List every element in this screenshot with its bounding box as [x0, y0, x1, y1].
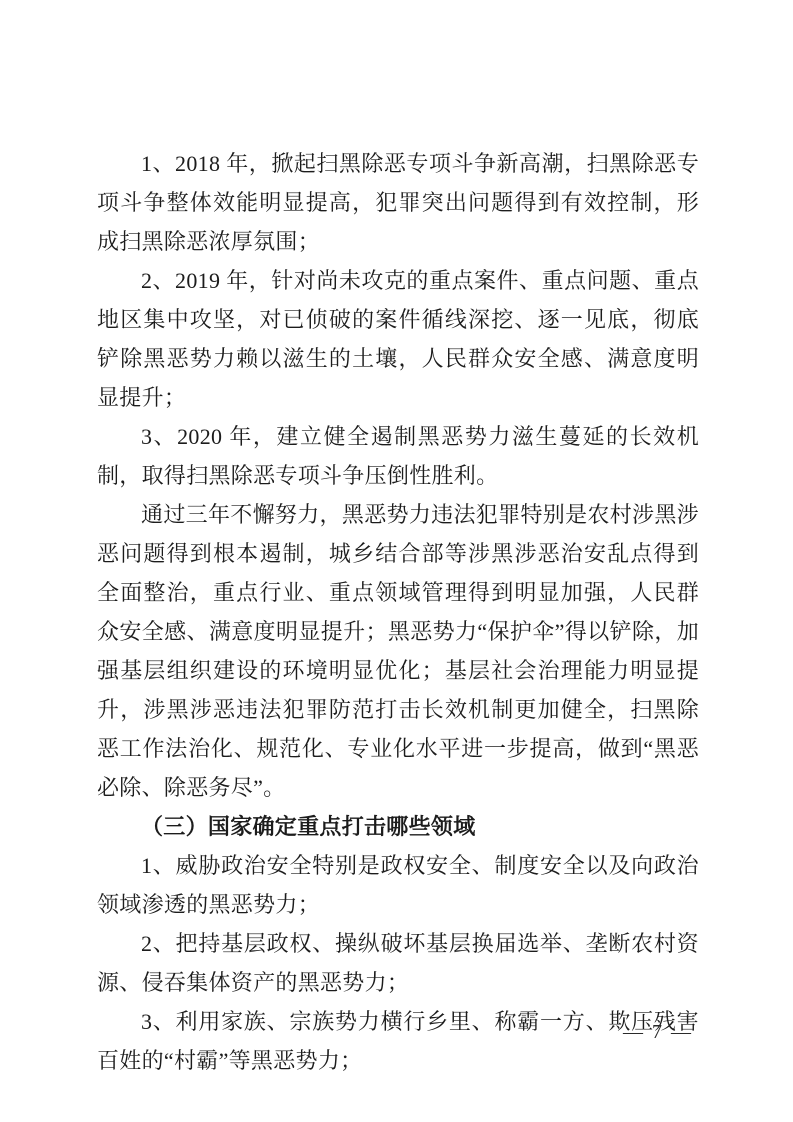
- paragraph-goal-2018: 1、2018 年，掀起扫黑除恶专项斗争新高潮，扫黑除恶专项斗争整体效能明显提高，…: [97, 144, 699, 261]
- paragraph-target-3-village-tyrants: 3、利用家族、宗族势力横行乡里、称霸一方、欺压残害百姓的“村霸”等黑恶势力；: [97, 1002, 699, 1080]
- paragraph-target-1-political-security: 1、威胁政治安全特别是政权安全、制度安全以及向政治领域渗透的黑恶势力；: [97, 846, 699, 924]
- section-heading-key-target-areas: （三）国家确定重点打击哪些领域: [97, 807, 699, 846]
- paragraph-goal-2020: 3、2020 年，建立健全遏制黑恶势力滋生蔓延的长效机制，取得扫黑除恶专项斗争压…: [97, 417, 699, 495]
- page-number: — 7 —: [623, 1019, 693, 1045]
- document-body: 1、2018 年，掀起扫黑除恶专项斗争新高潮，扫黑除恶专项斗争整体效能明显提高，…: [97, 144, 699, 1080]
- paragraph-goal-2019: 2、2019 年，针对尚未攻克的重点案件、重点问题、重点地区集中攻坚，对已侦破的…: [97, 261, 699, 417]
- paragraph-three-year-summary: 通过三年不懈努力，黑恶势力违法犯罪特别是农村涉黑涉恶问题得到根本遏制，城乡结合部…: [97, 495, 699, 807]
- document-page: 1、2018 年，掀起扫黑除恶专项斗争新高潮，扫黑除恶专项斗争整体效能明显提高，…: [0, 0, 793, 1122]
- paragraph-target-2-grassroots-power: 2、把持基层政权、操纵破坏基层换届选举、垄断农村资源、侵吞集体资产的黑恶势力；: [97, 924, 699, 1002]
